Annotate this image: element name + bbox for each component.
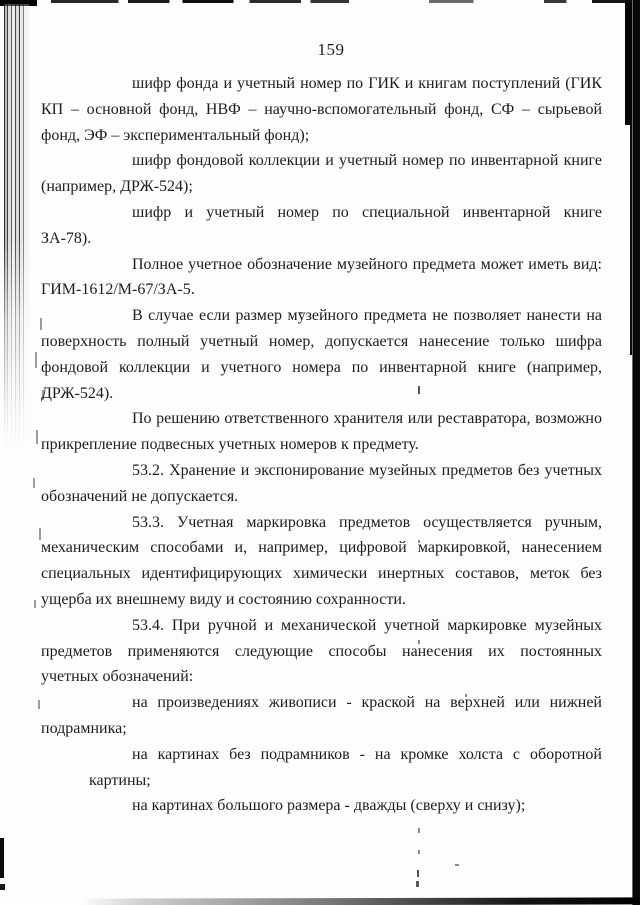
scanned-page: 159 шифр фонда и учетный номер по ГИК и … [0,0,640,905]
text-line: По решению ответственного хранителя или … [41,406,602,432]
scan-artifact-bottom-left-dot [0,884,5,890]
scan-artifact-top-edge [0,0,640,3]
scan-speck [418,850,420,854]
text-line: на картинах большого размера - дважды (с… [41,793,602,819]
scan-margin-mark [38,700,40,709]
text-block: шифр фонда и учетный номер по ГИК и книг… [41,71,602,819]
text-line: на произведениях живописи - краской на в… [41,690,602,716]
text-line: фонд, ЭФ – экспериментальный фонд); [41,123,602,149]
page-number: 159 [11,40,640,60]
scan-artifact-right-edge [632,0,640,905]
scan-speck [416,881,419,887]
text-line: В случае если размер музейного предмета … [41,303,602,329]
scan-margin-mark [35,352,37,368]
text-line: предметов применяются следующие способы … [41,639,602,665]
text-line: обозначений не допускается. [41,484,602,510]
text-line: 53.2. Хранение и экспонирование музейных… [41,458,602,484]
text-line: подрамника; [41,716,602,742]
scan-speck [417,870,419,877]
scan-artifact-bottom-left-bar [0,838,4,878]
text-line: шифр и учетный номер по специальной инве… [41,200,602,226]
text-line: на картинах без подрамников - на кромке … [41,742,602,768]
text-line: ЗА-78). [41,226,602,252]
text-line: шифр фондовой коллекции и учетный номер … [41,148,602,174]
text-line: Полное учетное обозначение музейного пре… [41,252,602,278]
text-line: 53.4. При ручной и механической учетной … [41,613,602,639]
text-line: (например, ДРЖ-524); [41,174,602,200]
scan-artifact-binding-strip [4,4,29,454]
text-line: поверхность полный учетный номер, допуск… [41,329,602,355]
scan-margin-mark [33,478,35,488]
text-line: специальных идентифицирующих химически и… [41,561,602,587]
text-line: фондовой коллекции и учетного номера по … [41,355,602,381]
scan-speck [418,828,420,833]
text-line: механическим способами и, например, цифр… [41,535,602,561]
scan-margin-mark [34,600,36,608]
text-line: ГИМ-1612/М-67/ЗА-5. [41,277,602,303]
text-line: прикрепление подвесных учетных номеров к… [41,432,602,458]
text-line: КП – основной фонд, НВФ – научно-вспомог… [41,97,602,123]
text-line: 53.3. Учетная маркировка предметов осуще… [41,510,602,536]
text-line: шифр фонда и учетный номер по ГИК и книг… [41,71,602,97]
scan-artifact-bottom-band [82,897,640,905]
text-line: ущерба их внешнему виду и состоянию сохр… [41,587,602,613]
text-line: ДРЖ-524). [41,381,602,407]
text-line: картины; [41,768,602,794]
text-line: учетных обозначений: [41,664,602,690]
scan-speck [455,864,459,866]
scan-margin-mark [36,430,38,444]
